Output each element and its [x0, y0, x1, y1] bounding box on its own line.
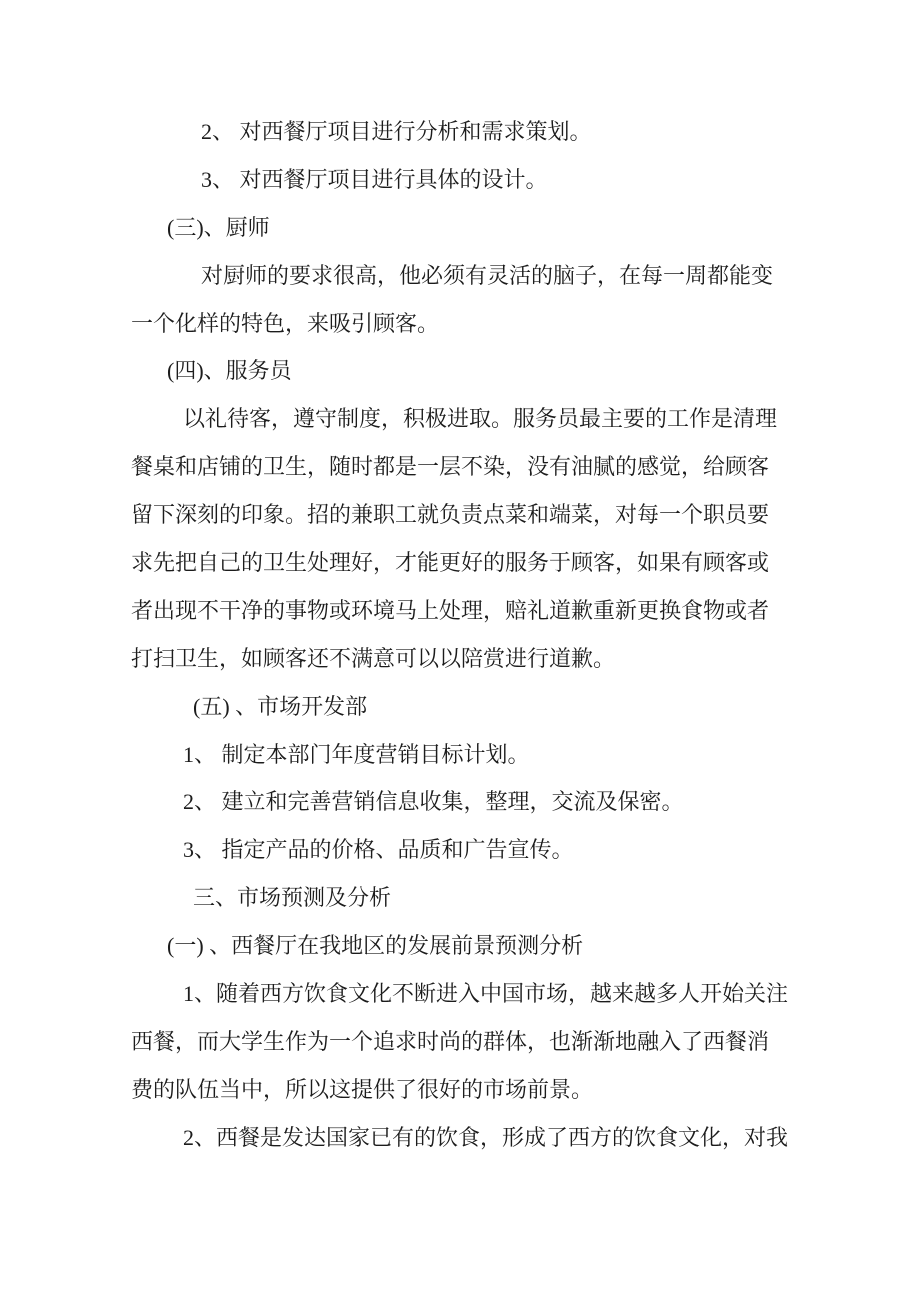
text-line: (五) 、市场开发部: [193, 683, 831, 731]
text-line: 1、 制定本部门年度营销目标计划。: [183, 731, 831, 779]
text-line: 2、 对西餐厅项目进行分析和需求策划。: [201, 108, 831, 156]
text-line: 打扫卫生，如顾客还不满意可以以陪赏进行道歉。: [131, 635, 831, 683]
text-line: 费的队伍当中，所以这提供了很好的市场前景。: [131, 1066, 831, 1114]
text-line: (一) 、西餐厅在我地区的发展前景预测分析: [167, 922, 831, 970]
text-line: 餐桌和店铺的卫生，随时都是一层不染，没有油腻的感觉，给顾客: [131, 443, 831, 491]
text-line: 一个化样的特色，来吸引顾客。: [131, 300, 831, 348]
text-line: 留下深刻的印象。招的兼职工就负责点菜和端菜，对每一个职员要: [131, 491, 831, 539]
text-line: 1、随着西方饮食文化不断进入中国市场，越来越多人开始关注: [183, 970, 831, 1018]
text-line: 者出现不干净的事物或环境马上处理，赔礼道歉重新更换食物或者: [131, 587, 831, 635]
document-page: 2、 对西餐厅项目进行分析和需求策划。3、 对西餐厅项目进行具体的设计。(三)、…: [0, 0, 920, 1302]
text-line: 求先把自己的卫生处理好，才能更好的服务于顾客，如果有顾客或: [131, 539, 831, 587]
text-line: 三、市场预测及分析: [193, 874, 831, 922]
text-line: 3、 对西餐厅项目进行具体的设计。: [201, 156, 831, 204]
text-line: 2、 建立和完善营销信息收集，整理，交流及保密。: [183, 778, 831, 826]
text-line: (三)、厨师: [167, 204, 831, 252]
text-line: 对厨师的要求很高，他必须有灵活的脑子，在每一周都能变: [201, 252, 831, 300]
text-line: 3、 指定产品的价格、品质和广告宣传。: [183, 826, 831, 874]
text-line: 2、西餐是发达国家已有的饮食，形成了西方的饮食文化，对我: [183, 1114, 831, 1162]
text-line: (四)、服务员: [167, 347, 831, 395]
document-body: 2、 对西餐厅项目进行分析和需求策划。3、 对西餐厅项目进行具体的设计。(三)、…: [131, 108, 831, 1162]
text-line: 以礼待客，遵守制度，积极进取。服务员最主要的工作是清理: [183, 395, 831, 443]
text-line: 西餐，而大学生作为一个追求时尚的群体，也渐渐地融入了西餐消: [131, 1018, 831, 1066]
